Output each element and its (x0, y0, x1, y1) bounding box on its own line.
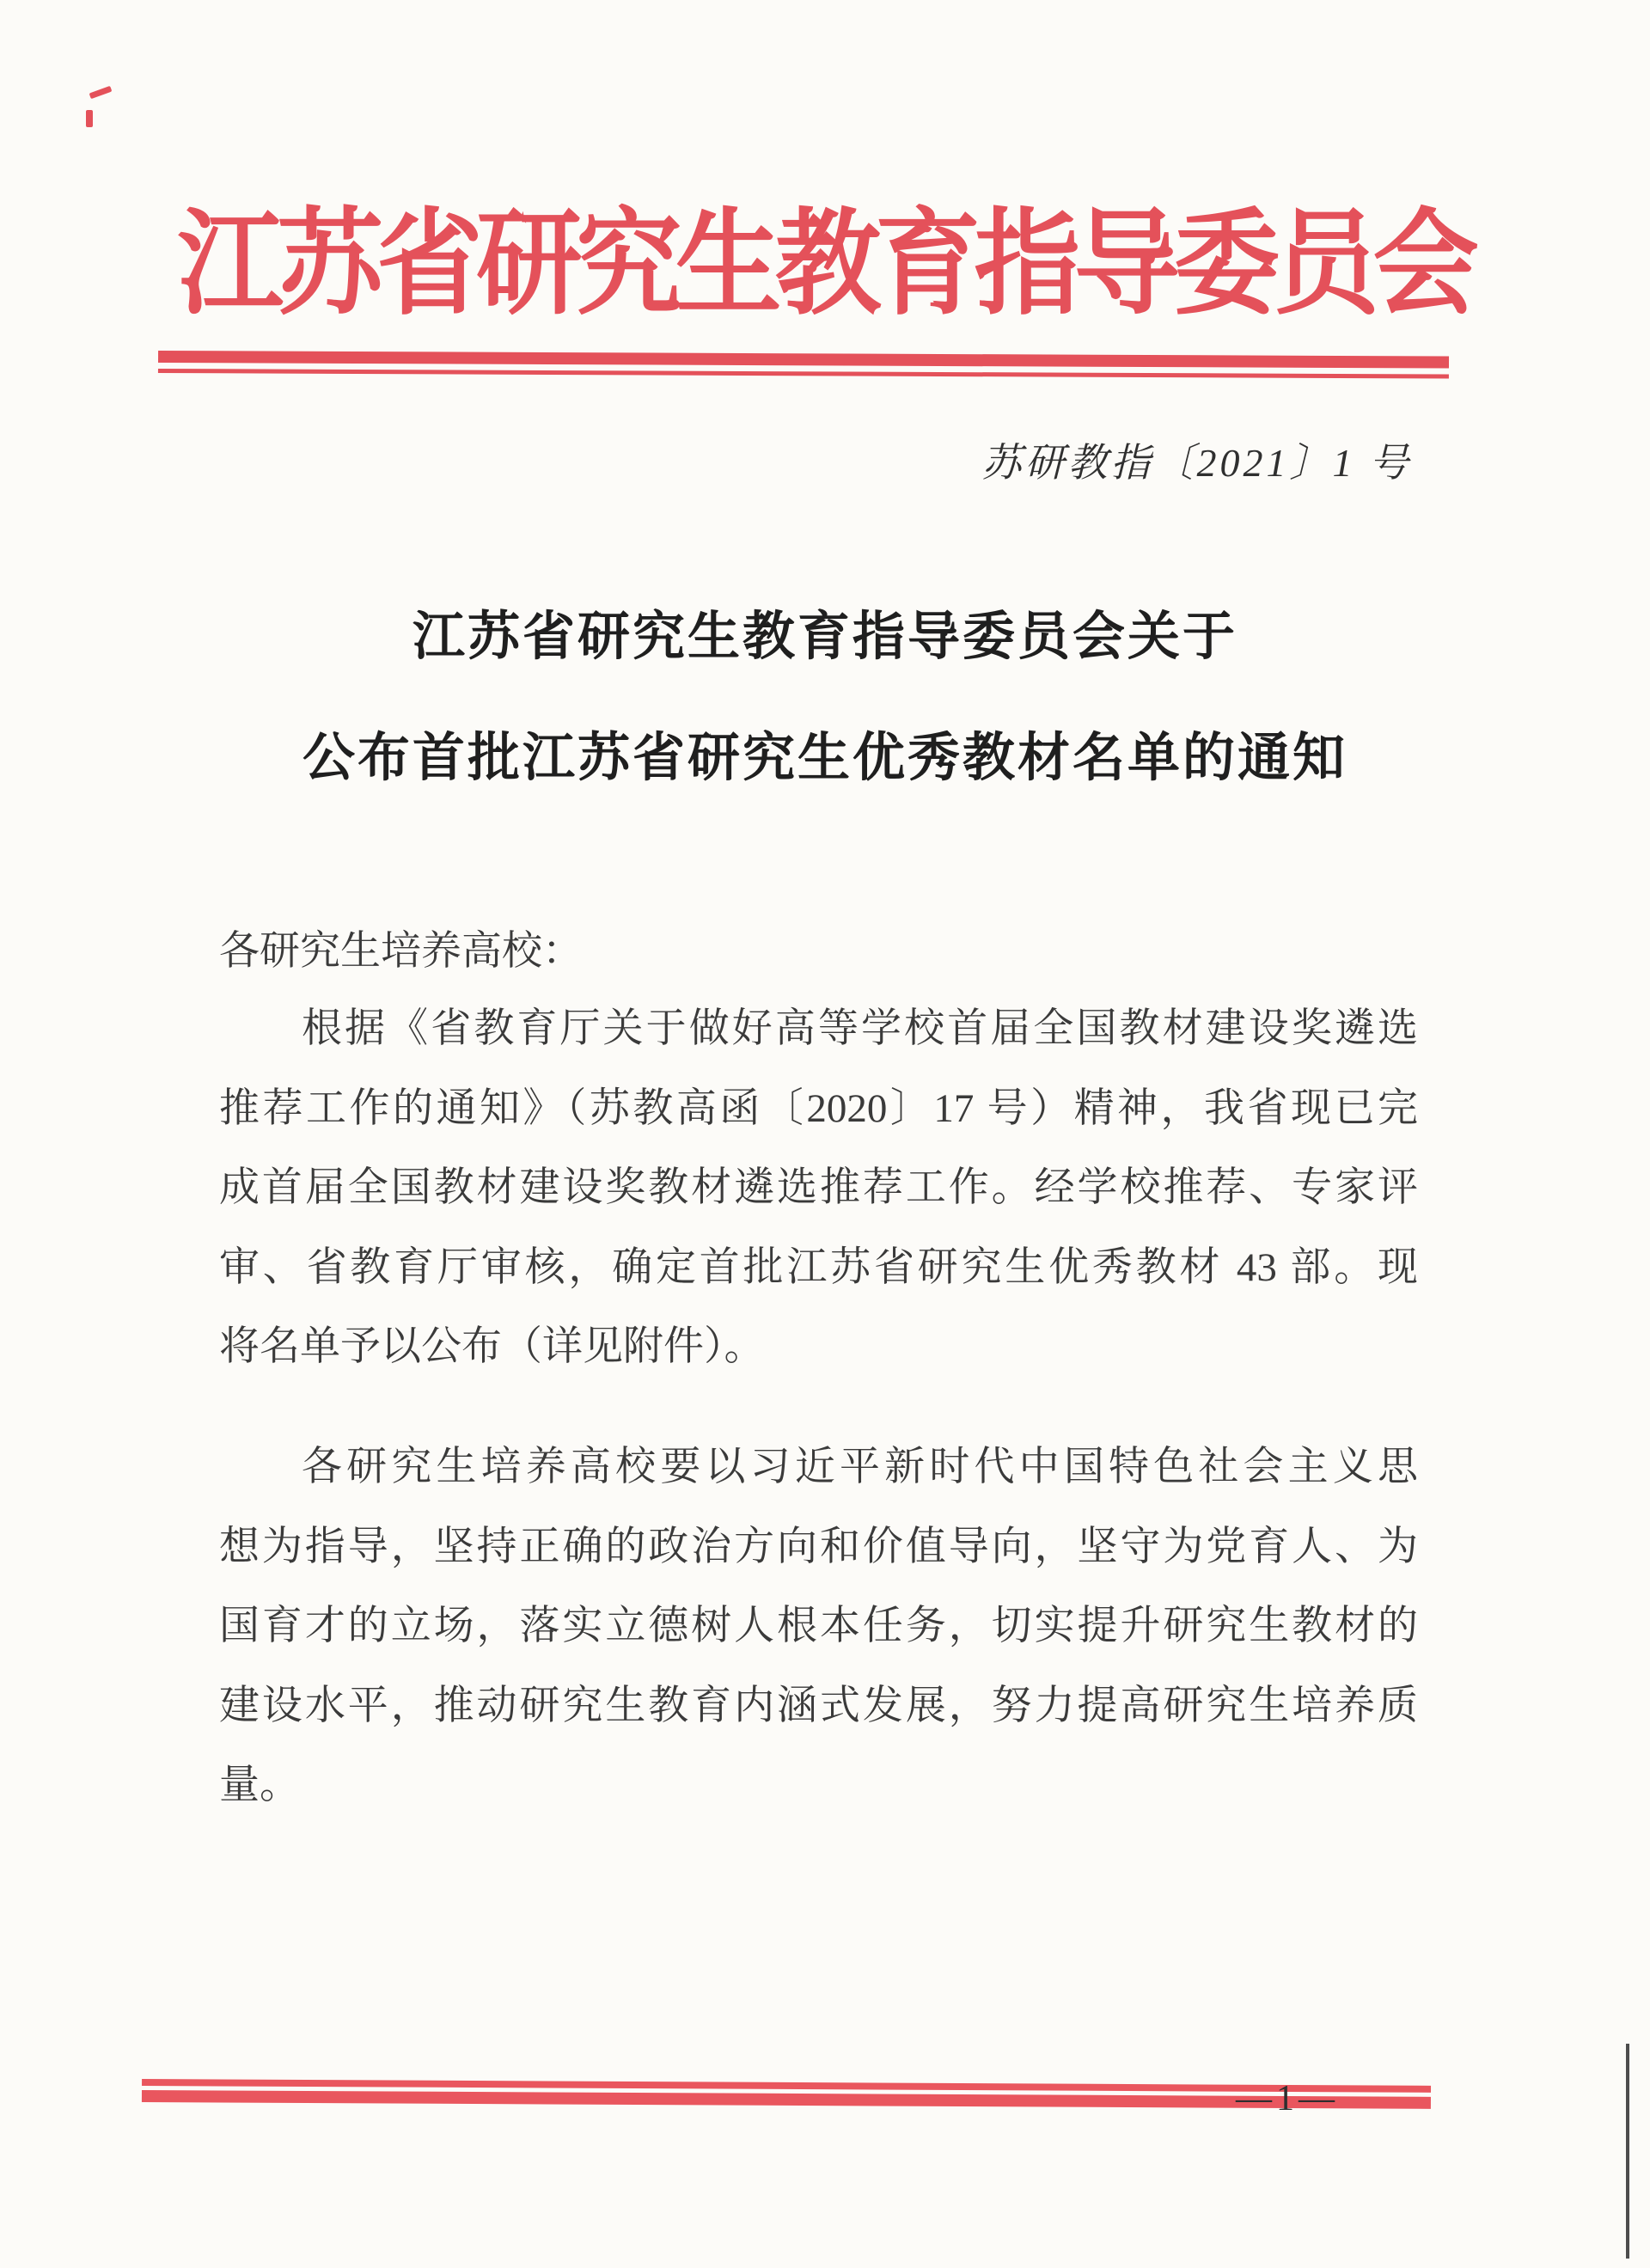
paragraph1-line2: 推荐工作的通知》（苏教高函〔2020〕17 号）精神，我省现已完 (219, 1084, 1418, 1135)
paragraph2-line4: 建设水平，推动研究生教育内涵式发展，努力提高研究生培养质 (219, 1681, 1418, 1733)
document-title-line2: 公布首批江苏省研究生优秀教材名单的通知 (0, 716, 1650, 791)
paragraph2-line5: 量。 (219, 1760, 1418, 1812)
salutation: 各研究生培养高校： (219, 926, 1418, 978)
scan-edge-artifact (1626, 2044, 1629, 2259)
letterhead-divider (158, 351, 1449, 379)
paragraph2-line2: 想为指导，坚持正确的政治方向和价值导向，坚守为党育人、为 (219, 1522, 1418, 1574)
scan-speck-artifact (86, 110, 93, 127)
paragraph2-line1: 各研究生培养高校要以习近平新时代中国特色社会主义思 (219, 1442, 1418, 1494)
letterhead-title: 江苏省研究生教育指导委员会 (66, 196, 1584, 334)
scan-speck-artifact (89, 86, 113, 99)
paragraph2-line3: 国育才的立场，落实立德树人根本任务，切实提升研究生教材的 (219, 1601, 1418, 1653)
document-number: 苏研教指〔2021〕1 号 (982, 431, 1413, 488)
paragraph1-line3: 成首届全国教材建设奖教材遴选推荐工作。经学校推荐、专家评 (219, 1163, 1418, 1214)
paragraph1-line4: 审、省教育厅审核，确定首批江苏省研究生优秀教材 43 部。现 (219, 1243, 1418, 1294)
document-title-line1: 江苏省研究生教育指导委员会关于 (0, 595, 1650, 669)
document-page: 江苏省研究生教育指导委员会 苏研教指〔2021〕1 号 江苏省研究生教育指导委员… (0, 0, 1650, 2268)
paragraph1-line1: 根据《省教育厅关于做好高等学校首届全国教材建设奖遴选 (219, 1004, 1418, 1055)
paragraph1-line5: 将名单予以公布（详见附件）。 (219, 1322, 1418, 1373)
page-number: —1— (1236, 2078, 1339, 2119)
